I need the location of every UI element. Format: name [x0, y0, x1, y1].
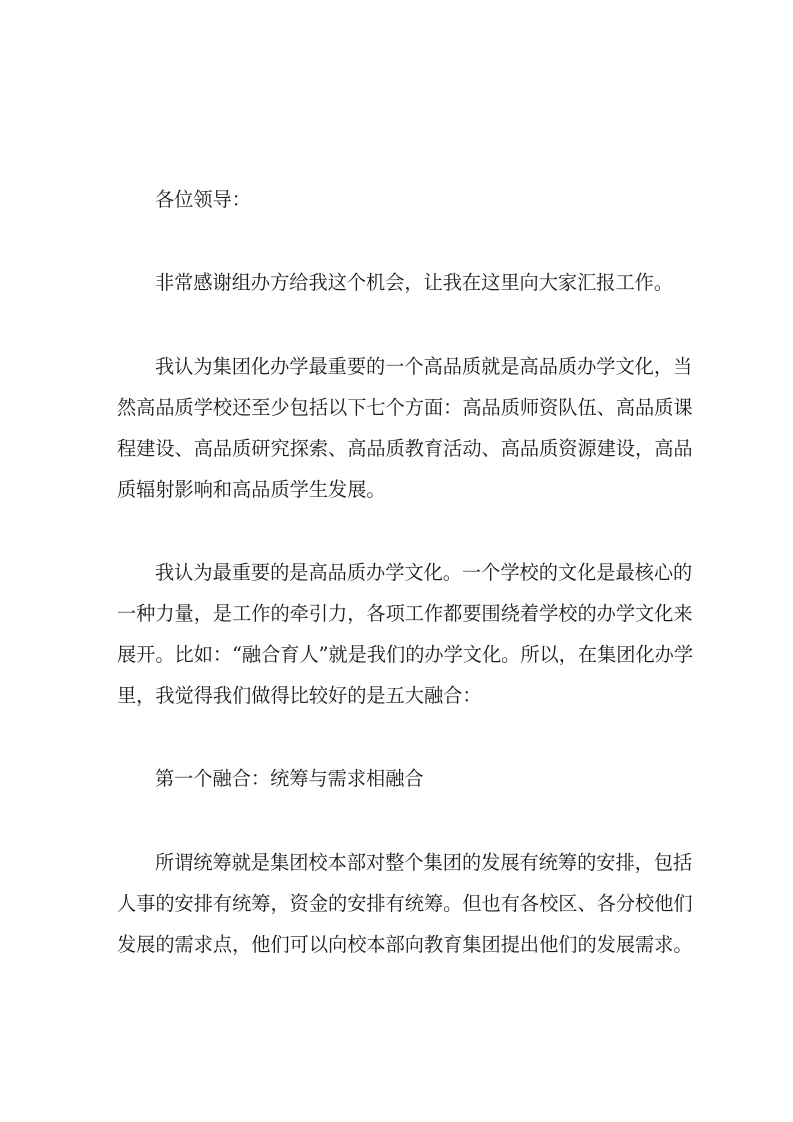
- paragraph-high-quality-line: 程建设、高品质研究探索、高品质教育活动、高品质资源建设，高品: [117, 437, 687, 461]
- paragraph-high-quality-line: 我认为集团化办学最重要的一个高品质就是高品质办学文化，当: [155, 355, 725, 379]
- paragraph-first-fusion-line: 所谓统筹就是集团校本部对整个集团的发展有统筹的安排，包括: [155, 851, 725, 875]
- paragraph-first-fusion-line: 发展的需求点，他们可以向校本部向教育集团提出他们的发展需求。: [117, 933, 687, 957]
- paragraph-thanks-line: 非常感谢组办方给我这个机会，让我在这里向大家汇报工作。: [155, 271, 725, 295]
- paragraph-high-quality-line: 质辐射影响和高品质学生发展。: [117, 478, 687, 502]
- paragraph-high-quality-line: 然高品质学校还至少包括以下七个方面：高品质师资队伍、高品质课: [117, 396, 687, 420]
- paragraph-culture-line: 一种力量，是工作的牵引力，各项工作都要围绕着学校的办学文化来: [117, 602, 687, 626]
- paragraph-culture-line: 里，我觉得我们做得比较好的是五大融合：: [117, 684, 687, 708]
- salutation: 各位领导：: [155, 188, 725, 212]
- paragraph-culture-line: 我认为最重要的是高品质办学文化。一个学校的文化是最核心的: [155, 561, 725, 585]
- first-fusion-heading: 第一个融合：统筹与需求相融合: [155, 767, 725, 791]
- paragraph-culture-line: 展开。比如：“融合育人”就是我们的办学文化。所以，在集团化办学: [117, 643, 687, 667]
- paragraph-first-fusion-line: 人事的安排有统筹，资金的安排有统筹。但也有各校区、各分校他们: [117, 892, 687, 916]
- document-page: 各位领导： 非常感谢组办方给我这个机会，让我在这里向大家汇报工作。 我认为集团化…: [0, 0, 793, 1122]
